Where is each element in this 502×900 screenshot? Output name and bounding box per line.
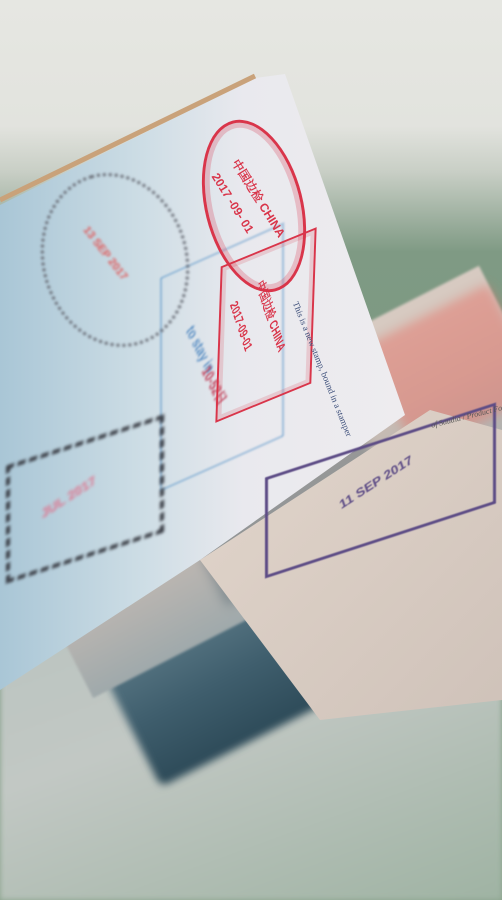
stamp-line: JUL 2017 xyxy=(39,473,98,521)
stamp-line: 中国边检 CHINA xyxy=(252,276,290,356)
photo-scene: to stay in 10-52日 13 SEP 2017 中国边检 CHINA… xyxy=(0,0,502,900)
stamp-line: 13 SEP 2017 xyxy=(81,224,130,282)
stamp-line: 11 SEP 2017 xyxy=(338,452,415,512)
stamp-line: 2017-09-01 xyxy=(227,299,254,355)
